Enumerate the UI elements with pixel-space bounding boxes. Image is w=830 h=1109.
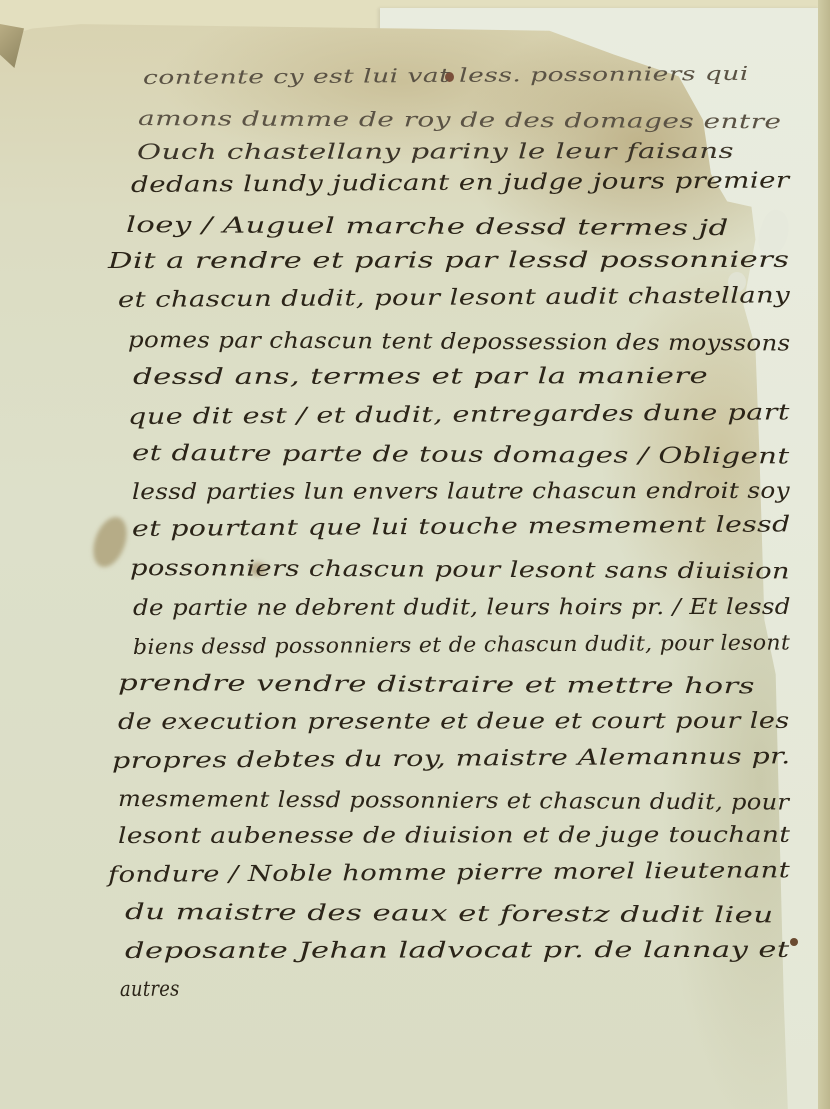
manuscript-line: Ouch chastellany pariny le leur faisans (137, 139, 734, 164)
manuscript-line: propres debtes du roy, maistre Alemannus… (112, 744, 791, 774)
manuscript-line: possonniers chascun pour lesont sans diu… (130, 556, 790, 584)
manuscript-line: dedans lundy judicant en judge jours pre… (131, 168, 790, 198)
manuscript-line: et chascun dudit, pour lesont audit chas… (118, 283, 790, 313)
manuscript-line: amons dumme de roy de des domages entre (138, 106, 782, 133)
manuscript-line: que dit est / et dudit, entregardes dune… (128, 400, 790, 430)
manuscript-line: du maistre des eaux et forestz dudit lie… (125, 900, 774, 928)
manuscript-line: de partie ne debrent dudit, leurs hoirs … (133, 595, 791, 621)
manuscript-line: prendre vendre distraire et mettre hors (118, 671, 755, 699)
manuscript-line: pomes par chascun tent depossession des … (128, 328, 791, 356)
manuscript-line: loey / Auguel marche dessd termes jd (126, 213, 729, 241)
manuscript-line: Dit a rendre et paris par lessd possonni… (108, 248, 789, 274)
manuscript-line: lesont aubenesse de diuision et de juge … (118, 823, 790, 849)
manuscript-line: contente cy est lui vat less. possonnier… (143, 63, 749, 89)
manuscript-line: de execution presente et deue et court p… (118, 709, 790, 735)
manuscript-line: lessd parties lun envers lautre chascun … (132, 479, 790, 505)
manuscript-line: et dautre parte de tous domages / Oblige… (132, 441, 790, 469)
manuscript-line: deposante Jehan ladvocat pr. de lannay e… (125, 938, 790, 964)
manuscript-line: fondure / Noble homme pierre morel lieut… (108, 858, 790, 888)
manuscript-line: dessd ans, termes et par la maniere (133, 364, 708, 390)
manuscript-line: autres (120, 977, 180, 1001)
manuscript-text: contente cy est lui vat less. possonnier… (0, 0, 830, 1109)
manuscript-line: biens dessd possonniers et de chascun du… (133, 630, 790, 659)
manuscript-line: et pourtant que lui touche mesmement les… (132, 512, 791, 542)
manuscript-line: mesmement lessd possonniers et chascun d… (118, 787, 789, 816)
